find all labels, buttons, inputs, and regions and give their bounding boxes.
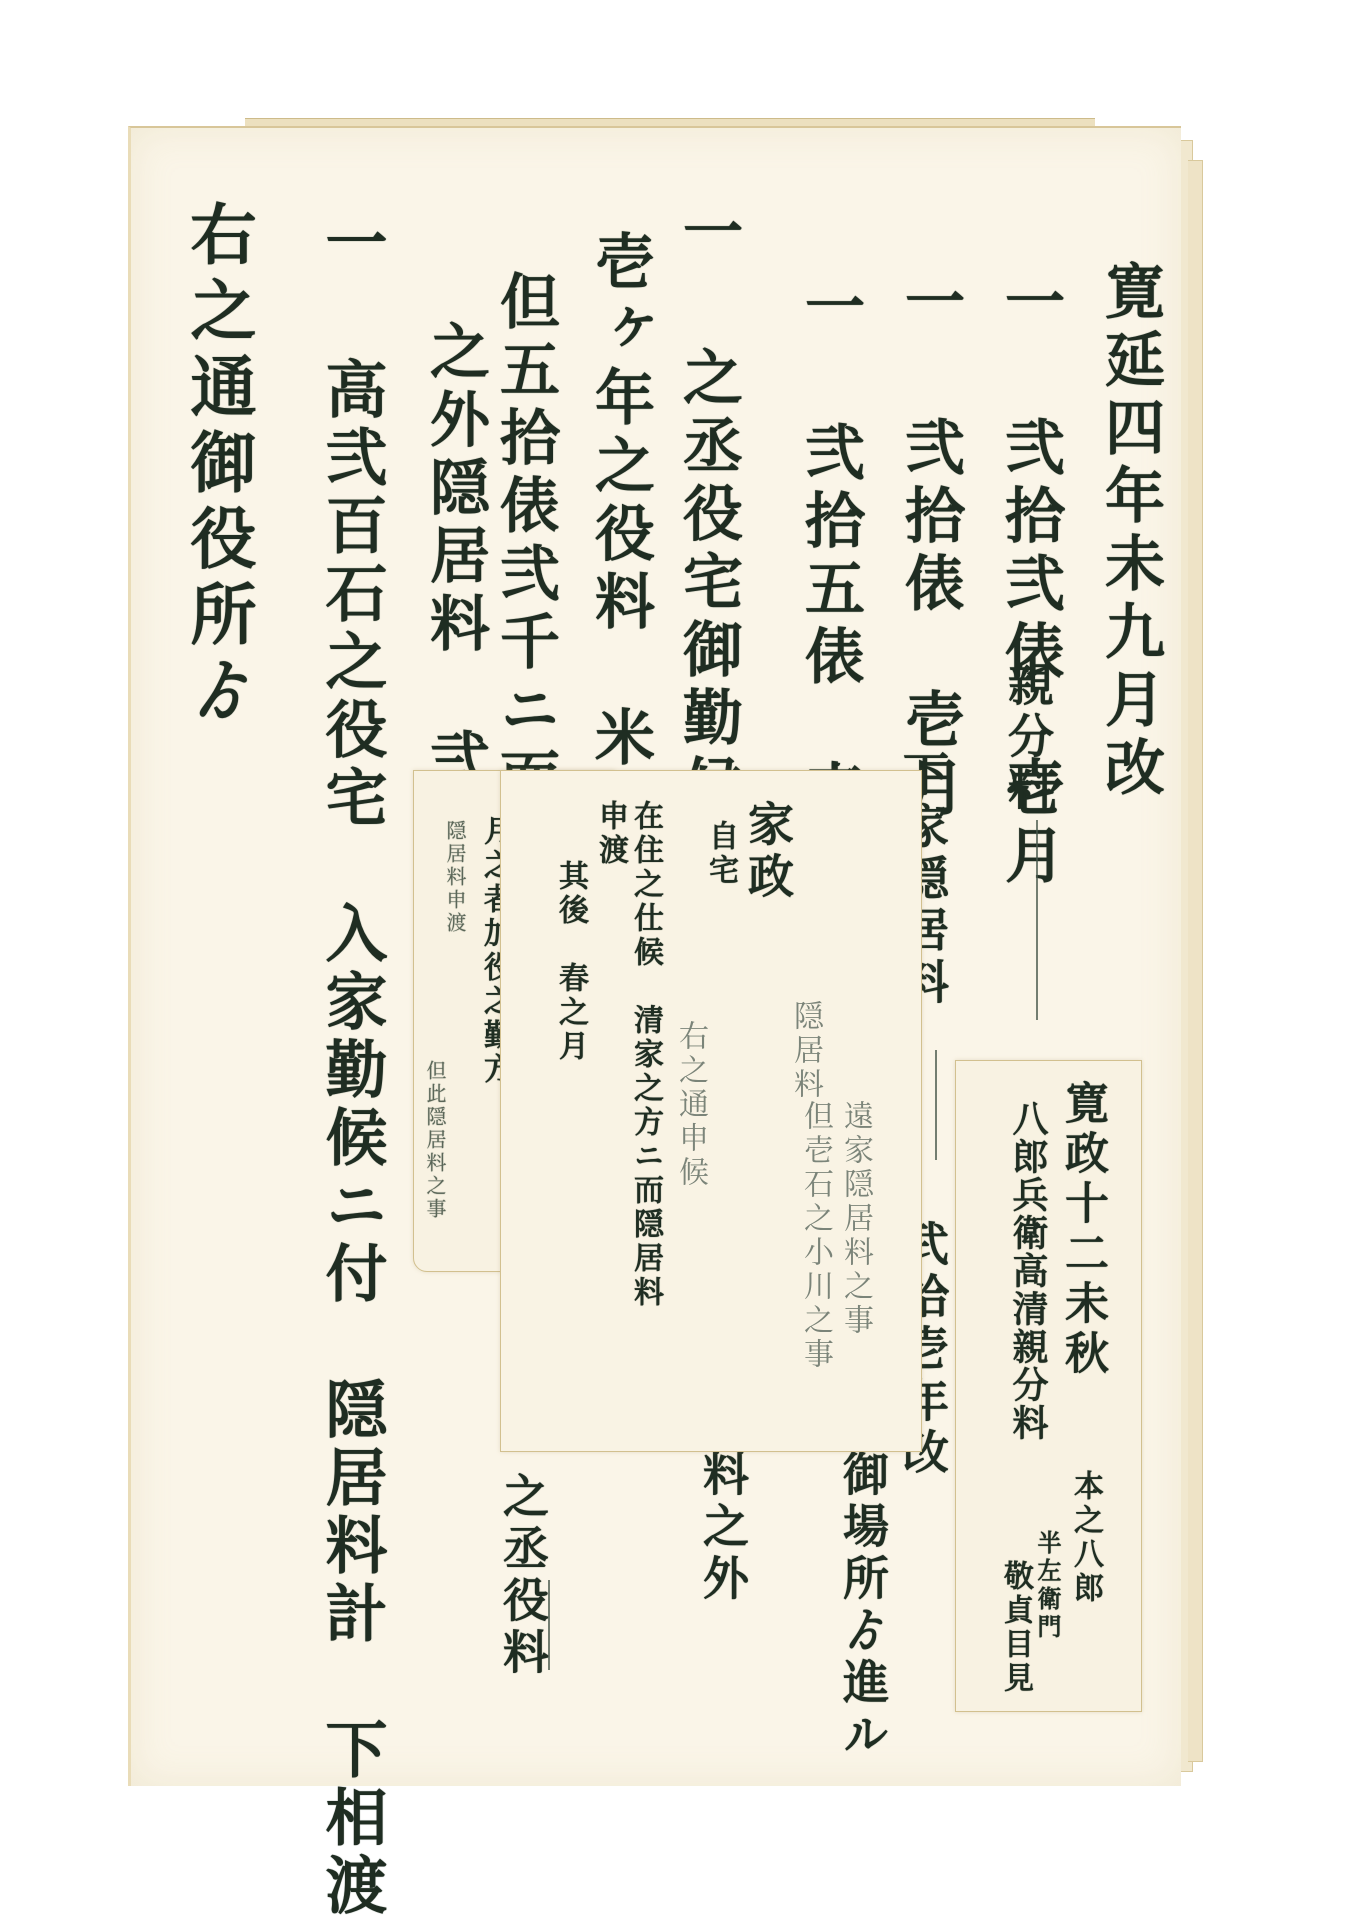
leader-line [548,1580,550,1670]
column-text: 料之外 [700,1450,746,1606]
slip-line: 申渡 [595,800,625,868]
back-sheet-right-2 [1188,160,1203,1762]
column-text: 壱ヶ年之役料 米 [590,230,650,774]
column-text: 一 弐拾俵 壱月 [900,270,960,824]
column-text: 右之通御役所ゟ [185,200,251,732]
column-text: 御場所ゟ進ル [840,1450,886,1762]
slip-line: 自宅 [705,820,735,888]
slip-line: 敬貞目見 [1000,1560,1030,1696]
slip-line: 在住之仕候 清家之方ニ而隠居料 [630,800,660,1310]
column-text: 一 高弐百石之役宅 入家勤候ニ付 隠居料計 下相渡 [320,210,382,1916]
slip-small-line: 遠家隠居料之事 [840,1100,870,1338]
leader-line [1036,820,1038,1020]
slip-line: 八郎兵衛高清親分料 [1010,1100,1046,1442]
note-line: 隠居料申渡 [445,820,465,935]
slip-line: 半左衛門 [1035,1530,1059,1642]
slip-line: 家政 [745,800,791,904]
slip-small-line: 但壱石之小川之事 [800,1100,830,1372]
slip-line: 本之八郎 [1070,1470,1100,1606]
slip-line: 隠居料 [790,1000,820,1102]
document-heading: 寛延四年未九月改 [1100,260,1160,804]
column-note: 親分料 [1005,660,1051,816]
note-line: 但此隠居料之事 [425,1060,445,1221]
slip-line: 右之通申候 [675,1020,705,1190]
slip-heading: 寛政十二未秋 [1060,1080,1104,1380]
slip-line: 其後 春之月 [555,860,585,1064]
leader-line [935,1050,937,1160]
